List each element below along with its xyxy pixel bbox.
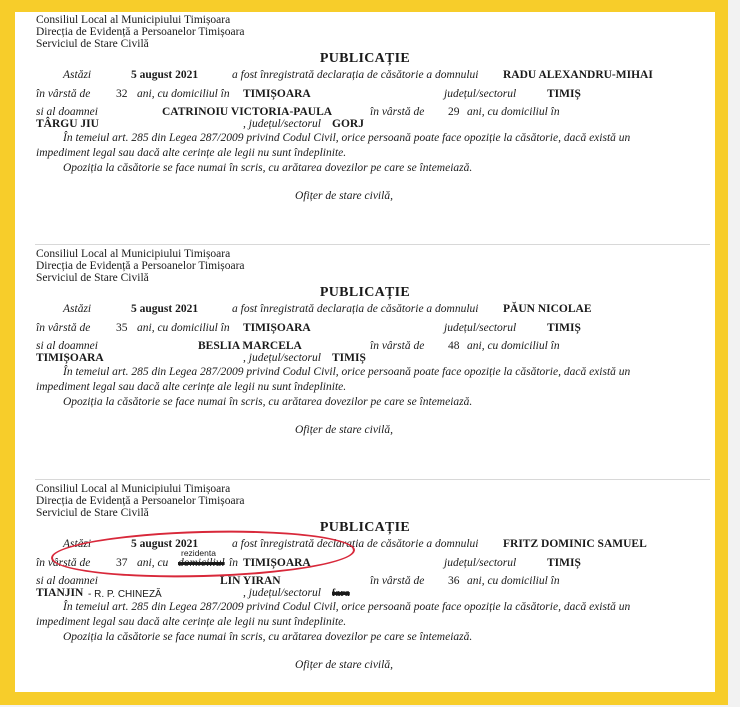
label-registered: a fost înregistrată declarația de căsăto… [232, 303, 479, 316]
husband-county: TIMIȘ [547, 557, 581, 570]
header-directorate: Direcția de Evidență a Persoanelor Timiș… [36, 26, 245, 38]
header-directorate: Direcția de Evidență a Persoanelor Timiș… [36, 495, 245, 507]
label-county: , județul/sectorul [243, 587, 321, 600]
legal-text-line1: În temeiul art. 285 din Legea 287/2009 p… [63, 601, 630, 614]
label-age: în vârstă de [36, 88, 90, 101]
label-age: în vârstă de [36, 322, 90, 335]
wife-city: TIMIȘOARA [36, 352, 104, 365]
label-registered: a fost înregistrată declarația de căsăto… [232, 69, 479, 82]
header-service: Serviciul de Stare Civilă [36, 38, 149, 50]
label-domicile: ani, cu domiciliul în [467, 575, 560, 588]
label-astazi: Astăzi [63, 69, 91, 82]
legal-text-line2: impediment legal sau dacă alte cerințe a… [36, 616, 346, 629]
husband-city: TIMIȘOARA [243, 88, 311, 101]
header-council: Consiliul Local al Municipiului Timișoar… [36, 248, 230, 260]
header-council: Consiliul Local al Municipiului Timișoar… [36, 14, 230, 26]
wife-county: GORJ [332, 118, 364, 131]
notice-title: PUBLICAȚIE [15, 285, 715, 301]
legal-text-line1: În temeiul art. 285 din Legea 287/2009 p… [63, 132, 630, 145]
notice-date: 5 august 2021 [131, 303, 198, 316]
label-county: , județul/sectorul [243, 118, 321, 131]
label-age: în vârstă de [370, 340, 424, 353]
notice-date: 5 august 2021 [131, 69, 198, 82]
wife-age: 36 [448, 575, 460, 588]
officer-signature-label: Ofițer de stare civilă, [295, 659, 393, 672]
husband-city: TIMIȘOARA [243, 322, 311, 335]
label-domicile: ani, cu domiciliul în [467, 340, 560, 353]
label-county: județul/sectorul [444, 88, 516, 101]
wife-age: 48 [448, 340, 460, 353]
label-age: în vârstă de [370, 106, 424, 119]
wife-age: 29 [448, 106, 460, 119]
legal-text-line2: impediment legal sau dacă alte cerințe a… [36, 147, 346, 160]
wife-city-note: - R. P. CHINEZĂ [88, 588, 162, 601]
label-astazi: Astăzi [63, 303, 91, 316]
label-county: , județul/sectorul [243, 352, 321, 365]
husband-age: 35 [116, 322, 128, 335]
label-domicile: ani, cu domiciliul în [137, 88, 230, 101]
opposition-text: Opoziția la căsătorie se face numai în s… [63, 631, 472, 644]
divider [35, 244, 710, 245]
header-service: Serviciul de Stare Civilă [36, 272, 149, 284]
wife-city: TIANJIN [36, 587, 83, 600]
legal-text-line1: În temeiul art. 285 din Legea 287/2009 p… [63, 366, 630, 379]
header-council: Consiliul Local al Municipiului Timișoar… [36, 483, 230, 495]
label-age: în vârstă de [370, 575, 424, 588]
husband-county: TIMIȘ [547, 322, 581, 335]
header-directorate: Direcția de Evidență a Persoanelor Timiș… [36, 260, 245, 272]
label-domicile: ani, cu domiciliul în [137, 322, 230, 335]
notice-title: PUBLICAȚIE [15, 51, 715, 67]
divider [35, 479, 710, 480]
wife-county-struck: fara [332, 587, 350, 600]
legal-text-line2: impediment legal sau dacă alte cerințe a… [36, 381, 346, 394]
header-service: Serviciul de Stare Civilă [36, 507, 149, 519]
husband-name: RADU ALEXANDRU-MIHAI [503, 69, 653, 82]
opposition-text: Opoziția la căsătorie se face numai în s… [63, 162, 472, 175]
label-county: județul/sectorul [444, 557, 516, 570]
opposition-text: Opoziția la căsătorie se face numai în s… [63, 396, 472, 409]
wife-county: TIMIȘ [332, 352, 366, 365]
husband-name: FRITZ DOMINIC SAMUEL [503, 538, 647, 551]
officer-signature-label: Ofițer de stare civilă, [295, 190, 393, 203]
husband-county: TIMIȘ [547, 88, 581, 101]
wife-city: TÂRGU JIU [36, 118, 99, 131]
husband-age: 32 [116, 88, 128, 101]
officer-signature-label: Ofițer de stare civilă, [295, 424, 393, 437]
label-domicile: ani, cu domiciliul în [467, 106, 560, 119]
husband-name: PĂUN NICOLAE [503, 303, 592, 316]
document-page: Consiliul Local al Municipiului Timișoar… [15, 12, 715, 692]
notice-title: PUBLICAȚIE [15, 520, 715, 536]
label-county: județul/sectorul [444, 322, 516, 335]
